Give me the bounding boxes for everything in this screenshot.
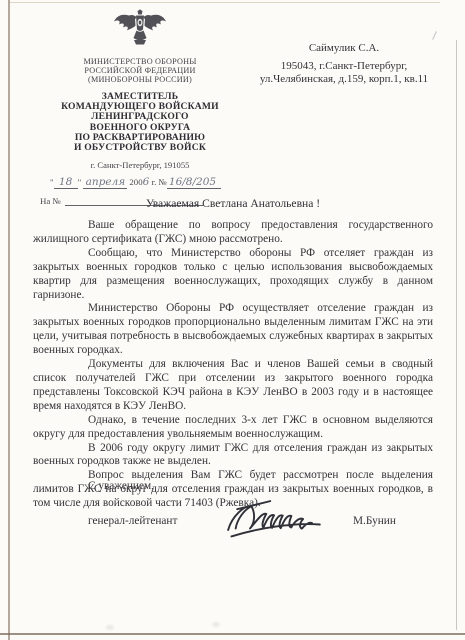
body-paragraph: Сообщаю, что Министерство обороны РФ отс… xyxy=(33,247,433,303)
printed-number-label: г. № xyxy=(151,177,166,187)
position-line: ЛЕНИНГРАДСКОГО xyxy=(34,112,246,122)
signer-rank: генерал-лейтенант xyxy=(88,515,177,527)
date-number-line: "18" апреля2006 г. №16/8/205 xyxy=(34,176,246,189)
handwritten-day: 18 xyxy=(59,176,72,188)
recipient-address-line: ул.Челябинская, д.159, корп.1, кв.11 xyxy=(236,73,452,87)
printed-quote: " xyxy=(78,177,82,187)
body-paragraph: В 2006 году округу лимит ГЖС для отселен… xyxy=(33,442,433,470)
handwritten-outgoing-number: 16/8/205 xyxy=(169,176,216,188)
closing-phrase: С уважением, xyxy=(88,480,154,492)
official-position-block: ЗАМЕСТИТЕЛЬ КОМАНДУЮЩЕГО ВОЙСКАМИ ЛЕНИНГ… xyxy=(34,92,246,154)
org-line: МИНИСТЕРСТВО ОБОРОНЫ xyxy=(34,57,246,66)
double-headed-eagle-emblem-icon xyxy=(113,9,167,51)
body-paragraph: Документы для включения Вас и членов Ваш… xyxy=(33,358,433,414)
handwritten-signature-icon xyxy=(217,490,338,542)
letterhead: МИНИСТЕРСТВО ОБОРОНЫ РОССИЙСКОЙ ФЕДЕРАЦИ… xyxy=(34,9,246,206)
recipient-address-block: Саймулик С.А. 195043, г.Санкт-Петербург,… xyxy=(236,42,452,87)
scan-edge-bottom xyxy=(0,633,465,635)
org-line: РОССИЙСКОЙ ФЕДЕРАЦИИ xyxy=(34,66,246,75)
city-postcode-line: г. Санкт-Петербург, 191055 xyxy=(34,160,246,170)
org-line: (МИНОБОРОНЫ РОССИИ) xyxy=(34,75,246,84)
ministry-name-block: МИНИСТЕРСТВО ОБОРОНЫ РОССИЙСКОЙ ФЕДЕРАЦИ… xyxy=(34,57,246,85)
signer-name: М.Бунин xyxy=(353,515,396,527)
body-paragraph: Ваше обращение по вопросу предоставления… xyxy=(33,219,433,247)
scan-smudge xyxy=(212,622,220,627)
body-paragraph: Министерство Обороны РФ осуществляет отс… xyxy=(33,302,433,358)
scan-smudge xyxy=(106,625,114,630)
position-line: И ОБУСТРОЙСТВУ ВОЙСК xyxy=(34,143,246,153)
salutation: Уважаемая Светлана Анатольевна ! xyxy=(33,197,433,210)
handwritten-year-digit: 6 xyxy=(143,176,150,188)
recipient-name: Саймулик С.А. xyxy=(236,42,452,56)
scan-edge-right xyxy=(456,40,457,630)
recipient-address-line: 195043, г.Санкт-Петербург, xyxy=(236,60,452,74)
handwritten-month: апреля xyxy=(86,176,126,188)
pen-mark-artifact xyxy=(432,31,437,40)
scan-edge-top xyxy=(10,2,440,3)
body-paragraph: Однако, в течение последних 3-х лет ГЖС … xyxy=(33,414,433,442)
letter-body: Ваше обращение по вопросу предоставления… xyxy=(33,219,433,511)
scan-edge-left xyxy=(8,0,10,640)
scanned-letter-page: МИНИСТЕРСТВО ОБОРОНЫ РОССИЙСКОЙ ФЕДЕРАЦИ… xyxy=(0,0,465,640)
printed-year: 200 xyxy=(129,177,142,187)
